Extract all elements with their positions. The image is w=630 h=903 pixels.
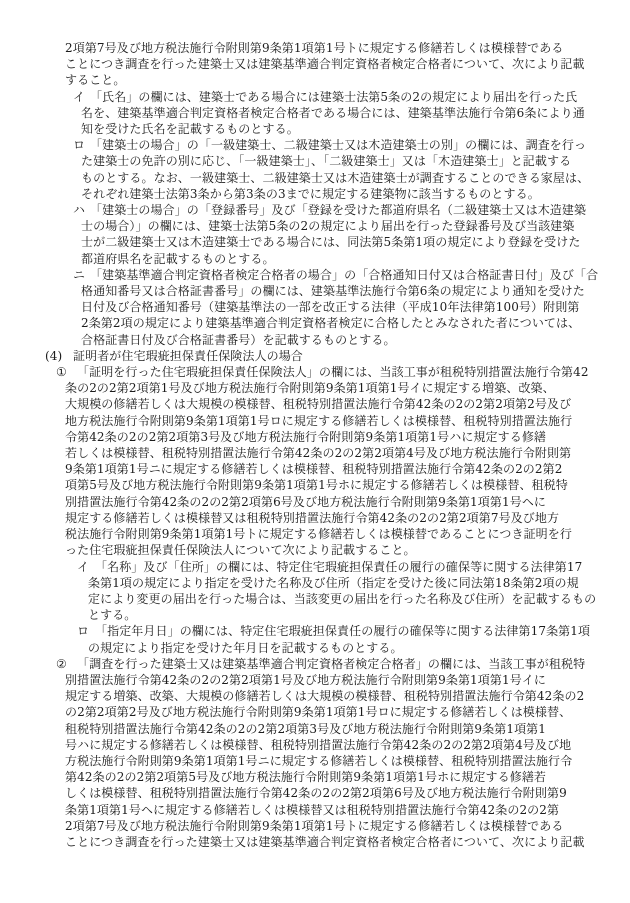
item-marker: イ [77, 559, 95, 575]
line-text: 士の場合）」の欄には、建築士法第5条の2の規定により届出を行った登録番号及び当該… [81, 219, 574, 233]
line-text: ことにつき調査を行った建築士又は建築基準適合判定資格者検定合格者について、次によ… [65, 835, 585, 849]
line-text: 規定する増築、改築、大規模の修繕若しくは大規模の模様替、租税特別措置法施行令第4… [65, 689, 584, 703]
text-line: 規定する修繕若しくは模様替又は租税特別措置法施行令第42条の2の2第2項第7号及… [65, 510, 630, 526]
line-text: 9条第1項第1号ニに規定する修繕若しくは模様替、租税特別措置法施行令第42条の2… [65, 462, 562, 476]
line-text: 名を、建築基準適合判定資格者検定合格者である場合には、建築基準法施行令第6条によ… [81, 106, 585, 120]
item-marker: ① [56, 364, 77, 380]
line-text: 日付及び合格通知番号（建築基準法の一部を改正する法律（平成10年法律第100号）… [81, 300, 579, 314]
text-line: 第42条の2の2第2項第5号及び地方税法施行令附則第9条第1項第1号ホに規定する… [65, 769, 630, 785]
line-text: 知を受けた氏名を記載するものとする。 [81, 122, 299, 136]
text-line: 規定する増築、改築、大規模の修繕若しくは大規模の模様替、租税特別措置法施行令第4… [65, 688, 630, 704]
line-text: 別措置法施行令第42条の2の2第2項第1号及び地方税法施行令附則第9条第1項第1… [65, 673, 546, 687]
text-line: 合格証書日付及び合格証書番号）を記載するものとする。 [81, 332, 630, 348]
text-line: 知を受けた氏名を記載するものとする。 [81, 121, 630, 137]
text-line: 名を、建築基準適合判定資格者検定合格者である場合には、建築基準法施行令第6条によ… [81, 105, 630, 121]
line-text: 都道府県名を記載するものとする。 [81, 252, 275, 266]
line-text: 「証明を行った住宅瑕疵担保責任保険法人」の欄には、当該工事が租税特別措置法施行令… [77, 365, 589, 379]
text-line: 2項第7号及び地方税法施行令附則第9条第1項第1号トに規定する修繕若しくは模様替… [65, 818, 630, 834]
text-line: 別措置法施行令第42条の2の2第2項第1号及び地方税法施行令附則第9条第1項第1… [65, 672, 630, 688]
text-line: 士が二級建築士又は木造建築士である場合には、同法第5条第1項の規定により登録を受… [81, 234, 630, 250]
text-line: ものとする。なお、一級建築士、二級建築士又は木造建築士が調査することのできる家屋… [81, 170, 630, 186]
line-text: 「建築基準適合判定資格者検定合格者の場合」の「合格通知日付又は合格証書日付」及び… [90, 268, 598, 282]
text-line: 税法施行令附則第9条第1項第1号トに規定する修繕若しくは模様替であることにつき証… [65, 526, 630, 542]
list-item-line: ニ「建築基準適合判定資格者検定合格者の場合」の「合格通知日付又は合格証書日付」及… [73, 267, 630, 283]
text-line: ことにつき調査を行った建築士又は建築基準適合判定資格者検定合格者について、次によ… [65, 834, 630, 850]
text-line: ことにつき調査を行った建築士又は建築基準適合判定資格者検定合格者について、次によ… [65, 56, 630, 72]
line-text: の2第2項第2号及び地方税法施行令附則第9条第1項第1号ロに規定する修繕若しくは… [65, 705, 571, 719]
text-line: とする。 [88, 607, 630, 623]
text-line: 租税特別措置法施行令第42条の2の2第2項第3号及び地方税法施行令附則第9条第1… [65, 721, 630, 737]
text-line: 大規模の修繕若しくは大規模の模様替、租税特別措置法施行令第42条の2の2第2項第… [65, 396, 630, 412]
line-text: 2条第2項の規定により建築基準適合判定資格者検定に合格したとみなされた者について… [81, 316, 580, 330]
line-text: ものとする。なお、一級建築士、二級建築士又は木造建築士が調査することのできる家屋… [81, 171, 589, 185]
line-text: 格通知番号又は合格証書番号」の欄には、建築基準法施行令第6条の規定により通知を受… [81, 284, 585, 298]
line-text: 士が二級建築士又は木造建築士である場合には、同法第5条第1項の規定により登録を受… [81, 235, 580, 249]
line-text: た建築士の免許の別に応じ、「一級建築士」、「二級建築士」又は「木造建築士」と記載… [81, 154, 571, 168]
line-text: 合格証書日付及び合格証書番号）を記載するものとする。 [81, 333, 396, 347]
line-text: 令第42条の2の2第2項第3号及び地方税法施行令附則第9条第1項第1号ハに規定す… [65, 430, 546, 444]
line-text: 第42条の2の2第2項第5号及び地方税法施行令附則第9条第1項第1号ホに規定する… [65, 770, 546, 784]
text-line: それぞれ建築士法第3条から第3条の3までに規定する建築物に該当するものとする。 [81, 186, 630, 202]
list-item-line: イ「名称」及び「住所」の欄には、特定住宅瑕疵担保責任の履行の確保等に関する法律第… [77, 559, 630, 575]
text-line: すること。 [65, 72, 630, 88]
item-marker: イ [73, 89, 90, 105]
line-text: 規定する修繕若しくは模様替又は租税特別措置法施行令第42条の2の2第2項第7号及… [65, 511, 559, 525]
list-item-line: ②「調査を行った建築士又は建築基準適合判定資格者検定合格者」の欄には、当該工事が… [56, 656, 630, 672]
text-line: 士の場合）」の欄には、建築士法第5条の2の規定により届出を行った登録番号及び当該… [81, 218, 630, 234]
text-line: 令第42条の2の2第2項第3号及び地方税法施行令附則第9条第1項第1号ハに規定す… [65, 429, 630, 445]
line-text: 「名称」及び「住所」の欄には、特定住宅瑕疵担保責任の履行の確保等に関する法律第1… [95, 560, 582, 574]
text-line: 号ハに規定する修繕若しくは模様替、租税特別措置法施行令第42条の2の2第2項第4… [65, 737, 630, 753]
item-marker: (4) [45, 348, 73, 364]
text-line: しくは模様替、租税特別措置法施行令第42条の2の2第2項第6号及び地方税法施行令… [65, 785, 630, 801]
item-marker: ハ [73, 202, 90, 218]
text-line: 定により変更の届出を行った場合は、当該変更の届出を行った名称及び住所）を記載する… [88, 591, 630, 607]
text-line: 地方税法施行令附則第9条第1項第1号ロに規定する修繕若しくは模様替、租税特別措置… [65, 413, 630, 429]
document-page: 2項第7号及び地方税法施行令附則第9条第1項第1号トに規定する修繕若しくは模様替… [0, 0, 630, 903]
line-text: しくは模様替、租税特別措置法施行令第42条の2の2第2項第6号及び地方税法施行令… [65, 786, 567, 800]
line-text: 定により変更の届出を行った場合は、当該変更の届出を行った名称及び住所）を記載する… [88, 592, 596, 606]
line-text: 租税特別措置法施行令第42条の2の2第2項第3号及び地方税法施行令附則第9条第1… [65, 722, 546, 736]
list-item-line: (4)証明者が住宅瑕疵担保責任保険法人の場合 [45, 348, 630, 364]
text-line: 日付及び合格通知番号（建築基準法の一部を改正する法律（平成10年法律第100号）… [81, 299, 630, 315]
list-item-line: ①「証明を行った住宅瑕疵担保責任保険法人」の欄には、当該工事が租税特別措置法施行… [56, 364, 630, 380]
list-item-line: ロ「建築士の場合」の「一級建築士、二級建築士又は木造建築士の別」の欄には、調査を… [73, 137, 630, 153]
item-marker: ロ [77, 623, 95, 639]
line-text: 項第5号及び地方税法施行令附則第9条第1項第1号ホに規定する修繕若しくは模様替、… [65, 478, 568, 492]
line-text: 若しくは模様替、租税特別措置法施行令第42条の2の2第2項第4号及び地方税法施行… [65, 446, 571, 460]
text-line: 条第1項第1号ヘに規定する修繕若しくは模様替又は租税特別措置法施行令第42条の2… [65, 802, 630, 818]
text-line: った住宅瑕疵担保責任保険法人について次により記載すること。 [65, 542, 630, 558]
text-line: 2条第2項の規定により建築基準適合判定資格者検定に合格したとみなされた者について… [81, 315, 630, 331]
item-marker: ロ [73, 137, 90, 153]
line-text: 号ハに規定する修繕若しくは模様替、租税特別措置法施行令第42条の2の2第2項第4… [65, 738, 571, 752]
line-text: 2項第7号及び地方税法施行令附則第9条第1項第1号トに規定する修繕若しくは模様替… [65, 819, 563, 833]
line-text: ことにつき調査を行った建築士又は建築基準適合判定資格者検定合格者について、次によ… [65, 57, 585, 71]
list-item-line: イ「氏名」の欄には、建築士である場合には建築士法第5条の2の規定により届出を行っ… [73, 89, 630, 105]
text-line: 別措置法施行令第42条の2の2第2項第6号及び地方税法施行令附則第9条第1項第1… [65, 494, 630, 510]
document-body: 2項第7号及び地方税法施行令附則第9条第1項第1号トに規定する修繕若しくは模様替… [0, 40, 630, 850]
line-text: それぞれ建築士法第3条から第3条の3までに規定する建築物に該当するものとする。 [81, 187, 540, 201]
line-text: 条第1項の規定により指定を受けた名称及び住所（指定を受けた後に同法第18条第2項… [88, 576, 579, 590]
text-line: 方税法施行令附則第9条第1項第1号ニに規定する修繕若しくは模様替、租税特別措置法… [65, 753, 630, 769]
line-text: 「調査を行った建築士又は建築基準適合判定資格者検定合格者」の欄には、当該工事が租… [77, 657, 585, 671]
text-line: た建築士の免許の別に応じ、「一級建築士」、「二級建築士」又は「木造建築士」と記載… [81, 153, 630, 169]
line-text: 「氏名」の欄には、建築士である場合には建築士法第5条の2の規定により届出を行った… [90, 90, 577, 104]
line-text: 「建築士の場合」の「登録番号」及び「登録を受けた都道府県名（二級建築士又は木造建… [90, 203, 586, 217]
line-text: 「建築士の場合」の「一級建築士、二級建築士又は木造建築士の別」の欄には、調査を行… [90, 138, 586, 152]
line-text: 条第1項第1号ヘに規定する修繕若しくは模様替又は租税特別措置法施行令第42条の2… [65, 803, 559, 817]
line-text: 「指定年月日」の欄には、特定住宅瑕疵担保責任の履行の確保等に関する法律第17条第… [95, 624, 590, 638]
text-line: 都道府県名を記載するものとする。 [81, 251, 630, 267]
line-text: 方税法施行令附則第9条第1項第1号ニに規定する修繕若しくは模様替、租税特別措置法… [65, 754, 572, 768]
list-item-line: ハ「建築士の場合」の「登録番号」及び「登録を受けた都道府県名（二級建築士又は木造… [73, 202, 630, 218]
line-text: った住宅瑕疵担保責任保険法人について次により記載すること。 [65, 543, 416, 557]
text-line: 条第1項の規定により指定を受けた名称及び住所（指定を受けた後に同法第18条第2項… [88, 575, 630, 591]
line-text: 条の2の2第2項第1号及び地方税法施行令附則第9条第1項第1号イに規定する増築、… [65, 381, 555, 395]
text-line: 9条第1項第1号ニに規定する修繕若しくは模様替、租税特別措置法施行令第42条の2… [65, 461, 630, 477]
text-line: 若しくは模様替、租税特別措置法施行令第42条の2の2第2項第4号及び地方税法施行… [65, 445, 630, 461]
line-text: とする。 [88, 608, 136, 622]
line-text: 証明者が住宅瑕疵担保責任保険法人の場合 [73, 349, 303, 363]
line-text: 2項第7号及び地方税法施行令附則第9条第1項第1号トに規定する修繕若しくは模様替… [65, 41, 563, 55]
item-marker: ニ [73, 267, 90, 283]
line-text: 別措置法施行令第42条の2の2第2項第6号及び地方税法施行令附則第9条第1項第1… [65, 495, 546, 509]
text-line: の規定により指定を受けた年月日を記載するものとする。 [88, 640, 630, 656]
list-item-line: ロ「指定年月日」の欄には、特定住宅瑕疵担保責任の履行の確保等に関する法律第17条… [77, 623, 630, 639]
line-text: 大規模の修繕若しくは大規模の模様替、租税特別措置法施行令第42条の2の2第2項第… [65, 397, 571, 411]
text-line: 項第5号及び地方税法施行令附則第9条第1項第1号ホに規定する修繕若しくは模様替、… [65, 477, 630, 493]
line-text: すること。 [65, 73, 126, 87]
line-text: の規定により指定を受けた年月日を記載するものとする。 [88, 641, 403, 655]
text-line: 格通知番号又は合格証書番号」の欄には、建築基準法施行令第6条の規定により通知を受… [81, 283, 630, 299]
item-marker: ② [56, 656, 77, 672]
text-line: 条の2の2第2項第1号及び地方税法施行令附則第9条第1項第1号イに規定する増築、… [65, 380, 630, 396]
text-line: の2第2項第2号及び地方税法施行令附則第9条第1項第1号ロに規定する修繕若しくは… [65, 704, 630, 720]
line-text: 税法施行令附則第9条第1項第1号トに規定する修繕若しくは模様替であることにつき証… [65, 527, 572, 541]
line-text: 地方税法施行令附則第9条第1項第1号ロに規定する修繕若しくは模様替、租税特別措置… [65, 414, 572, 428]
text-line: 2項第7号及び地方税法施行令附則第9条第1項第1号トに規定する修繕若しくは模様替… [65, 40, 630, 56]
